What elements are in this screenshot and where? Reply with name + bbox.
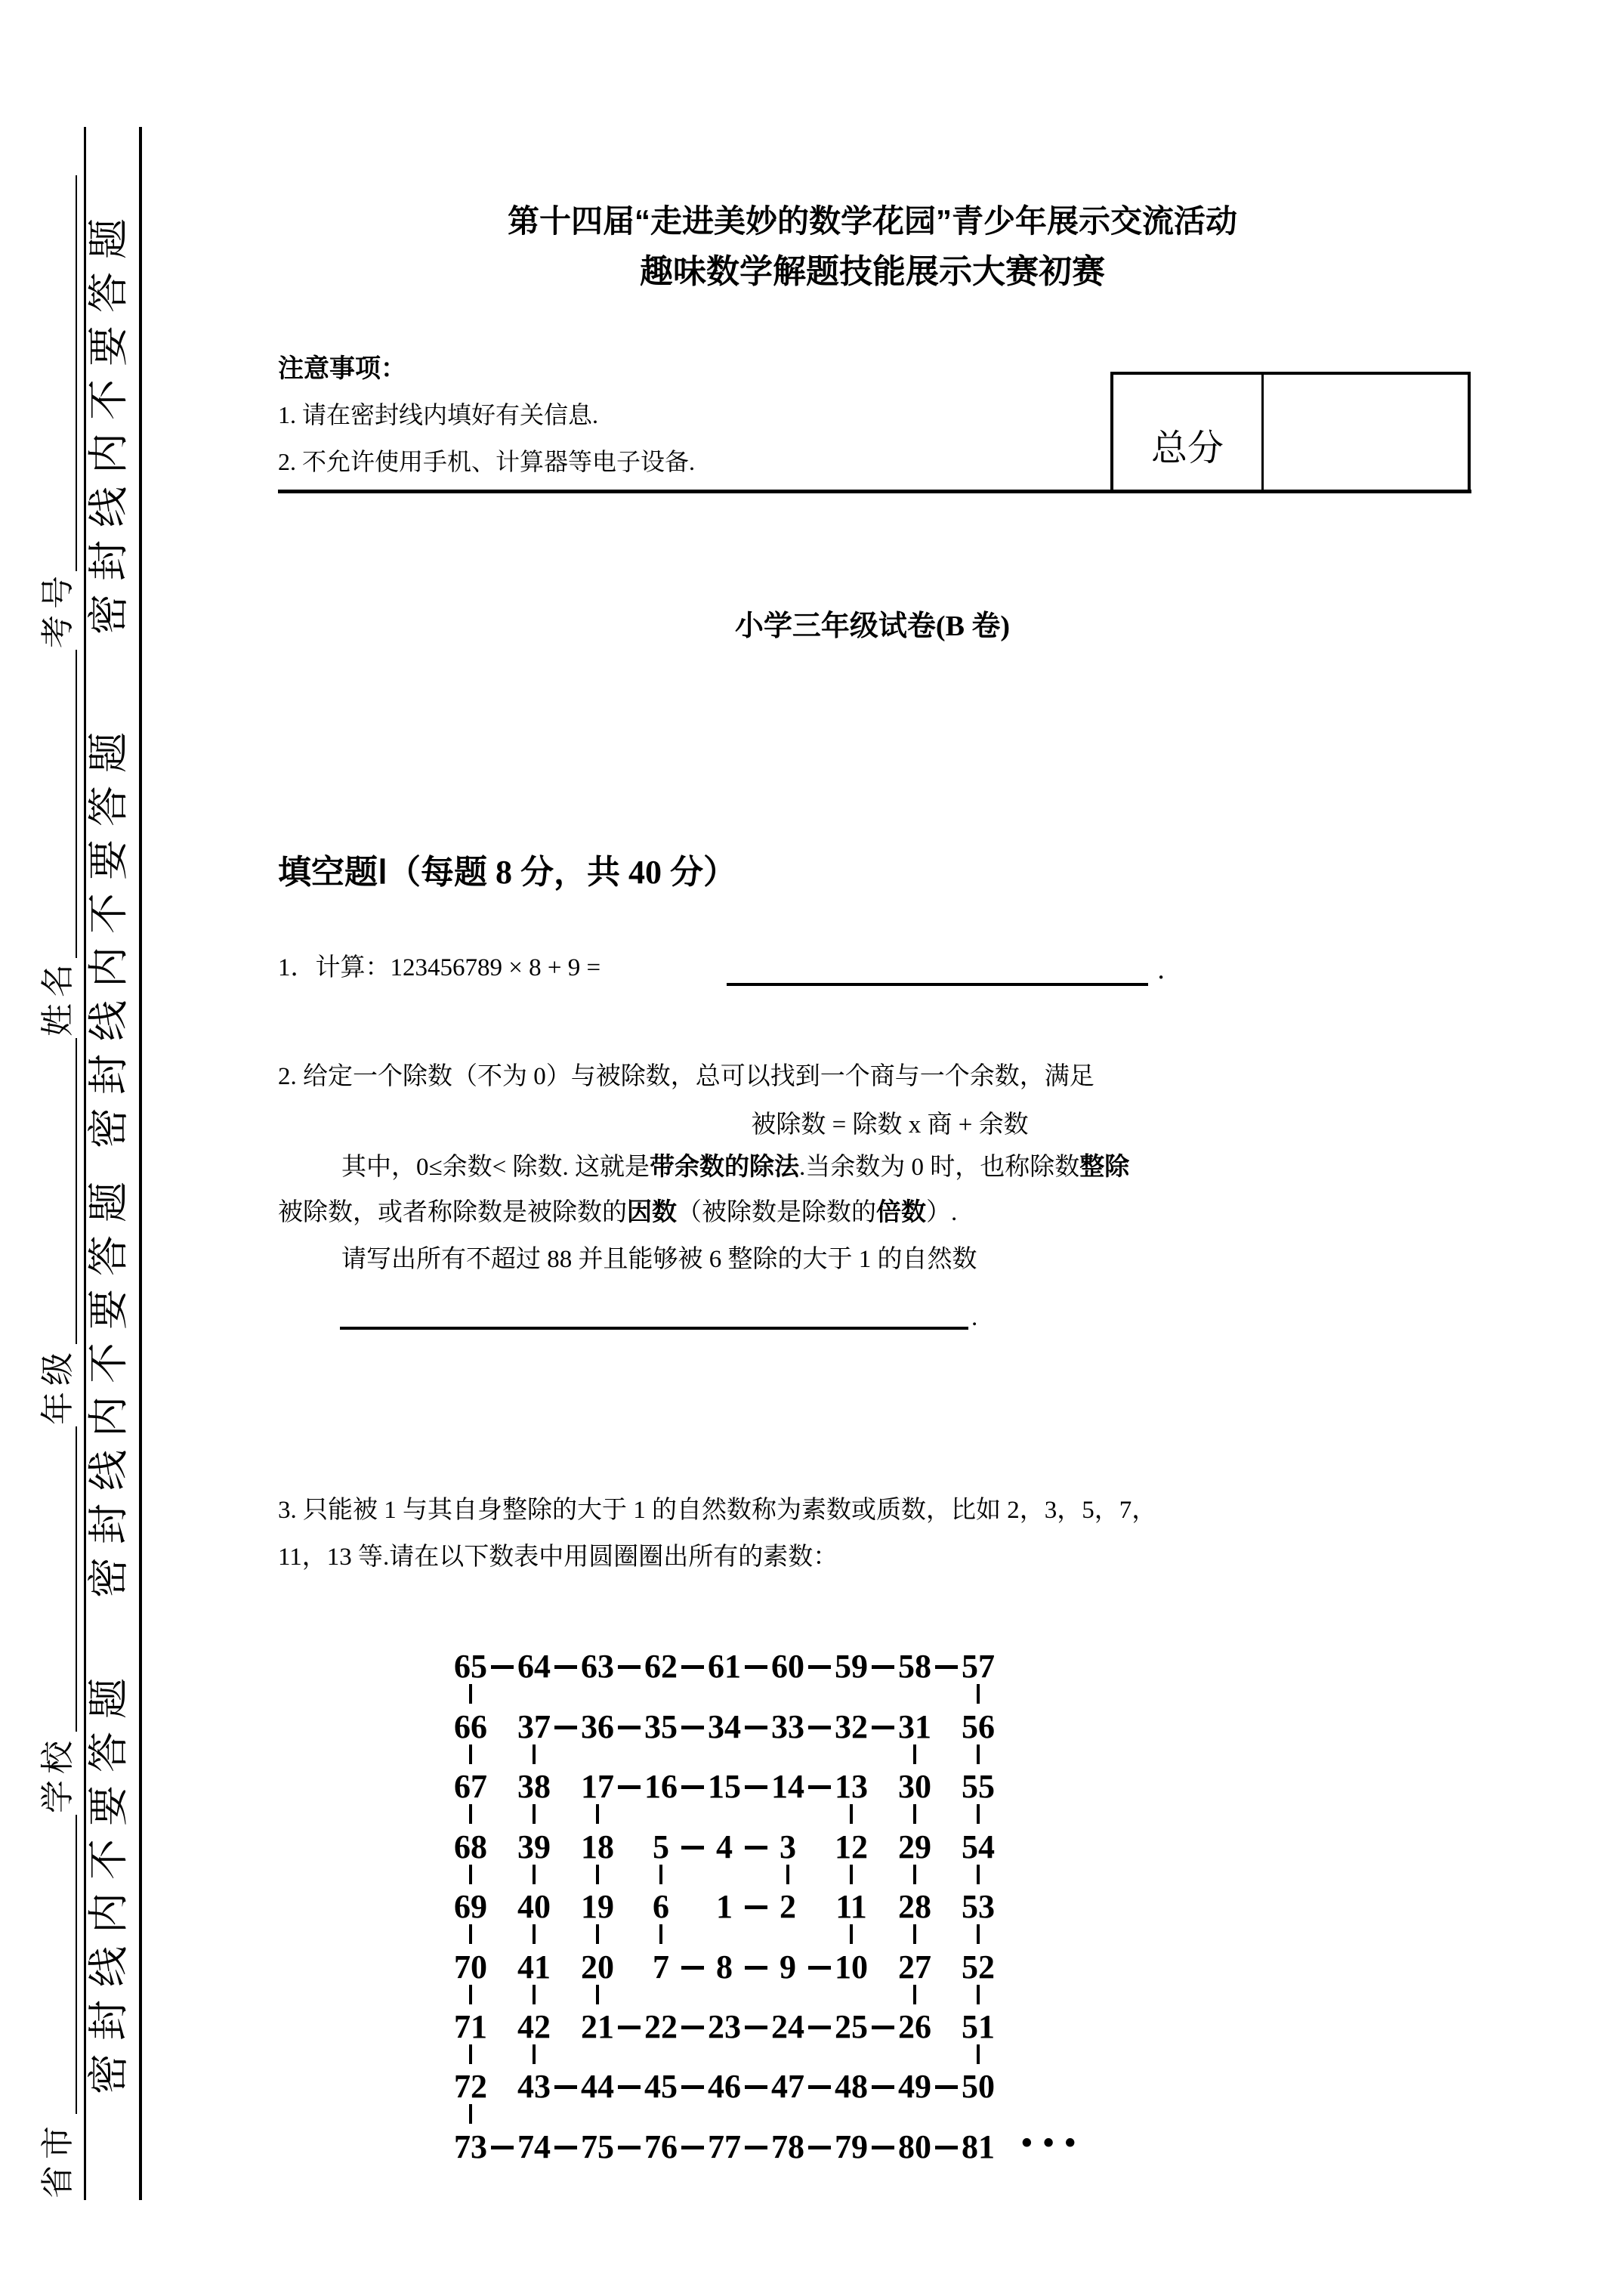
seal-field-write-line [76, 650, 77, 958]
spiral-h-link [872, 1665, 894, 1669]
question2-equation: 被除数 = 除数 x 商 + 余数 [278, 1105, 1502, 1140]
spiral-v-link [469, 1684, 472, 1704]
spiral-number-56: 56 [944, 1707, 1012, 1748]
spiral-v-link [977, 1804, 980, 1824]
spiral-h-link [745, 2085, 767, 2089]
spiral-h-link [618, 1665, 641, 1669]
spiral-number-72: 72 [437, 2066, 505, 2107]
plain-text: .当余数为 0 时，也称除数 [799, 1154, 1079, 1181]
spiral-number-11: 11 [817, 1887, 885, 1927]
spiral-number-12: 12 [817, 1827, 885, 1868]
spiral-v-link [977, 1865, 980, 1884]
spiral-v-link [850, 1804, 853, 1824]
seal-field-write-line [76, 1038, 77, 1344]
spiral-v-link [977, 2044, 980, 2064]
spiral-v-link [596, 1985, 599, 2004]
spiral-number-55: 55 [944, 1766, 1012, 1807]
spiral-h-link [681, 2146, 704, 2149]
spiral-number-41: 41 [500, 1947, 568, 1988]
spiral-h-link [808, 1665, 831, 1669]
spiral-v-link [913, 1985, 916, 2004]
spiral-h-link [554, 1665, 577, 1669]
spiral-v-link [977, 1684, 980, 1704]
spiral-v-link [913, 1924, 916, 1944]
spiral-v-link [533, 1804, 536, 1824]
spiral-h-link [745, 1665, 767, 1669]
contest-title-line2: 趣味数学解题技能展示大赛初赛 [121, 244, 1624, 292]
spiral-number-39: 39 [500, 1827, 568, 1868]
spiral-h-link [808, 1966, 831, 1970]
spiral-number-69: 69 [437, 1887, 505, 1927]
seal-warning-text: 密封线内不要答题 [86, 719, 131, 1148]
spiral-number-27: 27 [881, 1947, 949, 1988]
seal-warning-text: 密封线内不要答题 [86, 1665, 131, 2094]
spiral-v-link [469, 1865, 472, 1884]
spiral-number-68: 68 [437, 1827, 505, 1868]
spiral-h-link [618, 2085, 641, 2089]
spiral-v-link [469, 1804, 472, 1824]
note-item-1: 1. 请在密封线内填好有关信息. [278, 396, 598, 431]
spiral-h-link [808, 2026, 831, 2029]
spiral-v-link [850, 1865, 853, 1884]
spiral-v-link [596, 1804, 599, 1824]
spiral-h-link [618, 2146, 641, 2149]
spiral-h-link [745, 1966, 767, 1970]
spiral-h-link [745, 1726, 767, 1729]
spiral-number-67: 67 [437, 1766, 505, 1807]
spiral-v-link [533, 2044, 536, 2064]
spiral-h-link [808, 1726, 831, 1729]
seal-field-label-4: 学校 [38, 1735, 79, 1813]
spiral-h-link [681, 2026, 704, 2029]
spiral-number-54: 54 [944, 1827, 1012, 1868]
emphasized-term: 整除 [1079, 1154, 1129, 1181]
spiral-h-link [618, 1785, 641, 1789]
spiral-number-51: 51 [944, 2007, 1012, 2047]
spiral-v-link [596, 1924, 599, 1944]
spiral-h-link [745, 1905, 767, 1909]
spiral-number-30: 30 [881, 1766, 949, 1807]
spiral-v-link [469, 1924, 472, 1944]
plain-text: ）. [926, 1199, 957, 1226]
question2-blank-period: . [971, 1304, 977, 1332]
spiral-continuation-ellipsis: ••• [1021, 2128, 1086, 2159]
emphasized-term: 因数 [627, 1199, 677, 1226]
emphasized-term: 倍数 [876, 1199, 926, 1226]
spiral-number-29: 29 [881, 1827, 949, 1868]
spiral-h-link [808, 1785, 831, 1789]
seal-warning-text: 密封线内不要答题 [86, 1169, 131, 1598]
spiral-number-66: 66 [437, 1707, 505, 1748]
spiral-v-link [913, 1865, 916, 1884]
spiral-v-link [533, 1985, 536, 2004]
spiral-number-42: 42 [500, 2007, 568, 2047]
spiral-number-38: 38 [500, 1766, 568, 1807]
spiral-number-53: 53 [944, 1887, 1012, 1927]
plain-text: 被除数，或者称除数是被除数的 [278, 1199, 627, 1226]
spiral-h-link [872, 1726, 894, 1729]
note-item-2: 2. 不允许使用手机、计算器等电子设备. [278, 443, 695, 477]
spiral-h-link [554, 2085, 577, 2089]
question3-line2: 11，13 等.请在以下数表中用圆圈圈出所有的素数： [278, 1537, 838, 1572]
spiral-number-40: 40 [500, 1887, 568, 1927]
question2-line3: 其中，0≤余数< 除数. 这就是带余数的除法.当余数为 0 时，也称除数整除 [341, 1147, 1129, 1182]
notes-title: 注意事项： [278, 348, 406, 385]
spiral-number-52: 52 [944, 1947, 1012, 1988]
contest-title-line1: 第十四届“走进美妙的数学花园”青少年展示交流活动 [121, 196, 1624, 242]
plain-text: 其中，0≤余数< 除数. 这就是 [341, 1154, 650, 1181]
spiral-number-20: 20 [563, 1947, 631, 1988]
spiral-number-70: 70 [437, 1947, 505, 1988]
spiral-h-link [554, 1726, 577, 1729]
spiral-h-link [872, 2026, 894, 2029]
spiral-h-link [745, 1785, 767, 1789]
spiral-h-link [935, 2085, 958, 2089]
spiral-v-link [659, 1865, 662, 1884]
seal-warning-text: 密封线内不要答题 [86, 206, 131, 635]
spiral-h-link [745, 1846, 767, 1850]
question1-answer-blank [727, 983, 1148, 986]
seal-field-label-1: 考号 [38, 570, 79, 648]
spiral-h-link [618, 2026, 641, 2029]
question2-answer-blank [340, 1327, 968, 1330]
spiral-h-link [554, 2146, 577, 2149]
seal-field-label-3: 年级 [38, 1346, 79, 1425]
spiral-number-18: 18 [563, 1827, 631, 1868]
spiral-h-link [681, 1846, 704, 1850]
spiral-v-link [533, 1744, 536, 1764]
seal-field-write-line [76, 175, 77, 571]
spiral-h-link [808, 2085, 831, 2089]
question2-line1: 2. 给定一个除数（不为 0）与被除数，总可以找到一个商与一个余数，满足 [278, 1056, 1095, 1092]
seal-field-write-line [76, 1426, 77, 1732]
spiral-h-link [681, 1665, 704, 1669]
plain-text: （被除数是除数的 [677, 1199, 876, 1226]
spiral-number-71: 71 [437, 2007, 505, 2047]
seal-field-write-line [76, 1815, 77, 2114]
exam-paper-page: 第十四届“走进美妙的数学花园”青少年展示交流活动 趣味数学解题技能展示大赛初赛 … [0, 0, 1624, 2293]
spiral-v-link [913, 1744, 916, 1764]
spiral-h-link [872, 2085, 894, 2089]
spiral-v-link [977, 1924, 980, 1944]
paper-subtitle: 小学三年级试卷(B 卷) [121, 602, 1624, 644]
spiral-v-link [469, 1985, 472, 2004]
spiral-h-link [681, 1726, 704, 1729]
spiral-h-link [935, 2146, 958, 2149]
spiral-h-link [935, 1665, 958, 1669]
spiral-v-link [913, 1804, 916, 1824]
spiral-h-link [618, 1726, 641, 1729]
spiral-h-link [681, 2085, 704, 2089]
question2-line5: 请写出所有不超过 88 并且能够被 6 整除的大于 1 的自然数 [341, 1239, 977, 1275]
seal-line-outer [139, 127, 142, 2200]
spiral-h-link [491, 2146, 514, 2149]
spiral-v-link [469, 1744, 472, 1764]
spiral-h-link [681, 1785, 704, 1789]
question2-line4: 被除数，或者称除数是被除数的因数（被除数是除数的倍数）. [278, 1192, 957, 1228]
spiral-v-link [533, 1924, 536, 1944]
spiral-h-link [808, 2146, 831, 2149]
spiral-v-link [469, 2104, 472, 2124]
total-score-label: 总分 [1113, 419, 1261, 471]
spiral-v-link [977, 1744, 980, 1764]
spiral-v-link [533, 1865, 536, 1884]
total-score-box: 总分 [1110, 372, 1471, 493]
spiral-v-link [850, 1924, 853, 1944]
spiral-h-link [745, 2146, 767, 2149]
total-score-value-cell [1264, 375, 1468, 490]
spiral-h-link [681, 1966, 704, 1970]
spiral-number-19: 19 [563, 1887, 631, 1927]
question3-line1: 3. 只能被 1 与其自身整除的大于 1 的自然数称为素数或质数，比如 2，3，… [278, 1490, 1156, 1525]
seal-field-label-5: 省市 [38, 2120, 79, 2199]
spiral-h-link [491, 1665, 514, 1669]
spiral-number-6: 6 [627, 1887, 695, 1927]
question1-period: ． [1157, 950, 1182, 986]
section1-header: 填空题Ⅰ（每题 8 分，共 40 分） [278, 845, 736, 893]
spiral-v-link [469, 2044, 472, 2064]
seal-field-label-2: 姓名 [38, 958, 79, 1037]
spiral-v-link [977, 1985, 980, 2004]
emphasized-term: 带余数的除法 [650, 1154, 799, 1181]
spiral-h-link [872, 2146, 894, 2149]
spiral-number-28: 28 [881, 1887, 949, 1927]
question1-text: 1．计算：123456789 × 8 + 9 = [278, 947, 601, 983]
spiral-v-link [786, 1865, 789, 1884]
spiral-v-link [596, 1865, 599, 1884]
spiral-v-link [659, 1924, 662, 1944]
spiral-h-link [745, 2026, 767, 2029]
